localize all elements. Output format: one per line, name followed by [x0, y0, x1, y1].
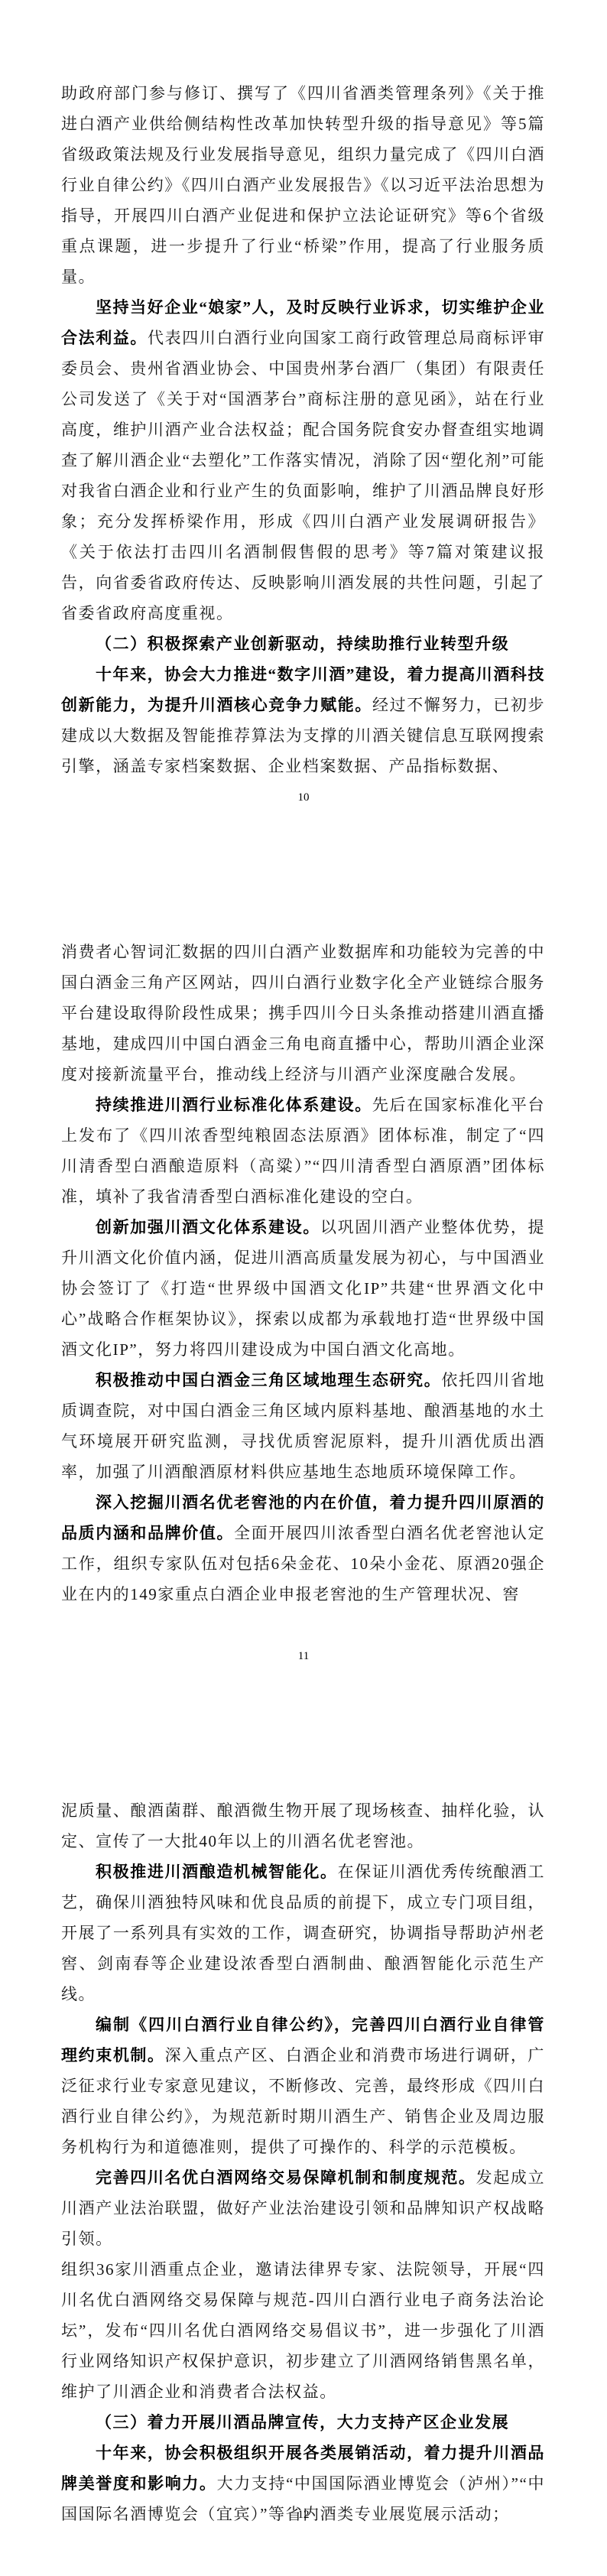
body-text: 组织36家川酒重点企业，邀请法律界专家、法院领导，开展“四川名优白酒网络交易保障…	[61, 2260, 545, 2401]
bold-heading-text: （三）着力开展川酒品牌宣传，大力支持产区企业发展	[96, 2413, 509, 2431]
paragraph: （二）积极探索产业创新驱动，持续助推行业转型升级	[61, 629, 545, 659]
body-text: 代表四川白酒行业向国家工商行政管理总局商标评审委员会、贵州省酒业协会、中国贵州茅…	[61, 329, 545, 622]
page-number: 12	[0, 2507, 607, 2522]
paragraph: 编制《四川白酒行业自律公约》，完善四川白酒行业自律管理约束机制。深入重点产区、白…	[61, 2009, 545, 2162]
paragraph: 积极推进川酒酿造机械智能化。在保证川酒优秀传统酿酒工艺，确保川酒独特风味和优良品…	[61, 1856, 545, 2009]
paragraph: 持续推进川酒行业标准化体系建设。先后在国家标准化平台上发布了《四川浓香型纯粮固态…	[61, 1090, 545, 1212]
page-number: 10	[0, 790, 607, 805]
paragraph: （三）着力开展川酒品牌宣传，大力支持产区企业发展	[61, 2407, 545, 2438]
paragraph: 积极推动中国白酒金三角区域地理生态研究。依托四川省地质调查院，对中国白酒金三角区…	[61, 1365, 545, 1487]
document: 助政府部门参与修订、撰写了《四川省酒类管理条列》《关于推进白酒产业供给侧结构性改…	[0, 0, 607, 2576]
body-text: 消费者心智词汇数据的四川白酒产业数据库和功能较为完善的中国白酒金三角产区网站，四…	[61, 943, 545, 1083]
body-text: 以巩固川酒产业整体优势，提升川酒文化价值内涵，促进川酒高质量发展为初心，与中国酒…	[61, 1218, 545, 1359]
paragraph: 消费者心智词汇数据的四川白酒产业数据库和功能较为完善的中国白酒金三角产区网站，四…	[61, 937, 545, 1090]
page-number: 11	[0, 1649, 607, 1664]
paragraph: 深入挖掘川酒名优老窖池的内在价值，着力提升四川原酒的品质内涵和品牌价值。全面开展…	[61, 1487, 545, 1610]
page-11: 消费者心智词汇数据的四川白酒产业数据库和功能较为完善的中国白酒金三角产区网站，四…	[0, 859, 607, 1717]
paragraph: 完善四川名优白酒网络交易保障机制和制度规范。发起成立川酒产业法治联盟，做好产业法…	[61, 2162, 545, 2254]
bold-heading-text: 积极推进川酒酿造机械智能化。	[96, 1863, 338, 1881]
paragraph: 组织36家川酒重点企业，邀请法律界专家、法院领导，开展“四川名优白酒网络交易保障…	[61, 2254, 545, 2407]
bold-heading-text: 创新加强川酒文化体系建设。	[96, 1218, 320, 1236]
body-text: 在保证川酒优秀传统酿酒工艺，确保川酒独特风味和优良品质的前提下，成立专门项目组，…	[61, 1863, 545, 2003]
paragraph: 创新加强川酒文化体系建设。以巩固川酒产业整体优势，提升川酒文化价值内涵，促进川酒…	[61, 1212, 545, 1365]
paragraph: 泥质量、酿酒菌群、酿酒微生物开展了现场核查、抽样化验，认定、宣传了一大批40年以…	[61, 1795, 545, 1856]
body-text: 助政府部门参与修订、撰写了《四川省酒类管理条列》《关于推进白酒产业供给侧结构性改…	[61, 84, 545, 286]
page-12: 泥质量、酿酒菌群、酿酒微生物开展了现场核查、抽样化验，认定、宣传了一大批40年以…	[0, 1717, 607, 2576]
bold-heading-text: （二）积极探索产业创新驱动，持续助推行业转型升级	[96, 635, 509, 653]
paragraph: 十年来，协会大力推进“数字川酒”建设，着力提高川酒科技创新能力，为提升川酒核心竞…	[61, 659, 545, 781]
bold-heading-text: 完善四川名优白酒网络交易保障机制和制度规范。	[96, 2168, 476, 2187]
bold-heading-text: 持续推进川酒行业标准化体系建设。	[96, 1096, 372, 1114]
paragraph: 助政府部门参与修订、撰写了《四川省酒类管理条列》《关于推进白酒产业供给侧结构性改…	[61, 78, 545, 292]
bold-heading-text: 积极推动中国白酒金三角区域地理生态研究。	[96, 1371, 441, 1389]
paragraph: 坚持当好企业“娘家”人，及时反映行业诉求，切实维护企业合法利益。代表四川白酒行业…	[61, 292, 545, 629]
page-10: 助政府部门参与修订、撰写了《四川省酒类管理条列》《关于推进白酒产业供给侧结构性改…	[0, 0, 607, 859]
body-text: 泥质量、酿酒菌群、酿酒微生物开展了现场核查、抽样化验，认定、宣传了一大批40年以…	[61, 1801, 545, 1850]
